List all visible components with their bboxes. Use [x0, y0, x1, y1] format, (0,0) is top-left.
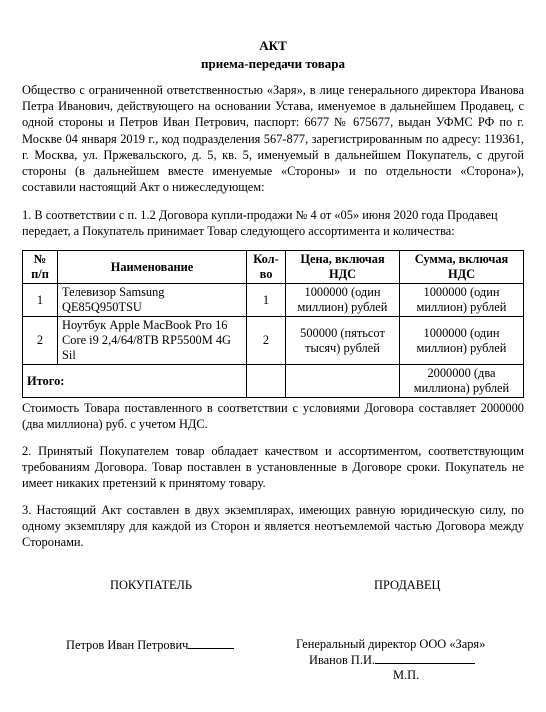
clause-3: 3. Настоящий Акт составлен в двух экземп… [22, 502, 524, 551]
table-header-row: № п/п Наименование Кол-во Цена, включая … [23, 251, 524, 284]
document-title: АКТ [0, 38, 546, 54]
table-row: 2 Ноутбук Apple MacBook Pro 16 Core i9 2… [23, 317, 524, 365]
row-number: 2 [23, 317, 58, 365]
buyer-heading: ПОКУПАТЕЛЬ [110, 578, 192, 593]
total-value: 2000000 (два миллиона) рублей [400, 365, 524, 398]
intro-paragraph: Общество с ограниченной ответственностью… [22, 82, 524, 195]
header-sum: Сумма, включая НДС [400, 251, 524, 284]
row-name: Ноутбук Apple MacBook Pro 16 Core i9 2,4… [58, 317, 247, 365]
seller-signature-block: Иванов П.И. [309, 652, 475, 668]
document-subtitle: приема-передачи товара [0, 56, 546, 72]
row-name: Телевизор Samsung QE85Q950TSU [58, 284, 247, 317]
clause-2: 2. Принятый Покупателем товар обладает к… [22, 443, 524, 492]
buyer-signature-line [188, 637, 234, 649]
row-sum: 1000000 (один миллион) рублей [400, 284, 524, 317]
table-total-row: Итого: 2000000 (два миллиона) рублей [23, 365, 524, 398]
row-quantity: 2 [247, 317, 286, 365]
header-number: № п/п [23, 251, 58, 284]
seller-title: Генеральный директор ООО «Заря» [296, 637, 485, 652]
total-label: Итого: [23, 365, 247, 398]
buyer-signature-block: Петров Иван Петрович [66, 637, 234, 653]
clause-1: 1. В соответствии с п. 1.2 Договора купл… [22, 207, 524, 239]
header-quantity: Кол-во [247, 251, 286, 284]
goods-table: № п/п Наименование Кол-во Цена, включая … [22, 250, 524, 398]
total-price-empty [286, 365, 400, 398]
seller-heading: ПРОДАВЕЦ [374, 578, 441, 593]
seller-name: Иванов П.И. [309, 653, 375, 667]
cost-paragraph: Стоимость Товара поставленного в соответ… [22, 400, 524, 432]
table-row: 1 Телевизор Samsung QE85Q950TSU 1 100000… [23, 284, 524, 317]
seal-label: М.П. [393, 668, 419, 683]
row-sum: 1000000 (один миллион) рублей [400, 317, 524, 365]
header-name: Наименование [58, 251, 247, 284]
row-quantity: 1 [247, 284, 286, 317]
row-number: 1 [23, 284, 58, 317]
seller-signature-line [375, 652, 475, 664]
header-price: Цена, включая НДС [286, 251, 400, 284]
buyer-name: Петров Иван Петрович [66, 638, 188, 652]
row-price: 500000 (пятьсот тысяч) рублей [286, 317, 400, 365]
row-price: 1000000 (один миллион) рублей [286, 284, 400, 317]
total-quantity-empty [247, 365, 286, 398]
